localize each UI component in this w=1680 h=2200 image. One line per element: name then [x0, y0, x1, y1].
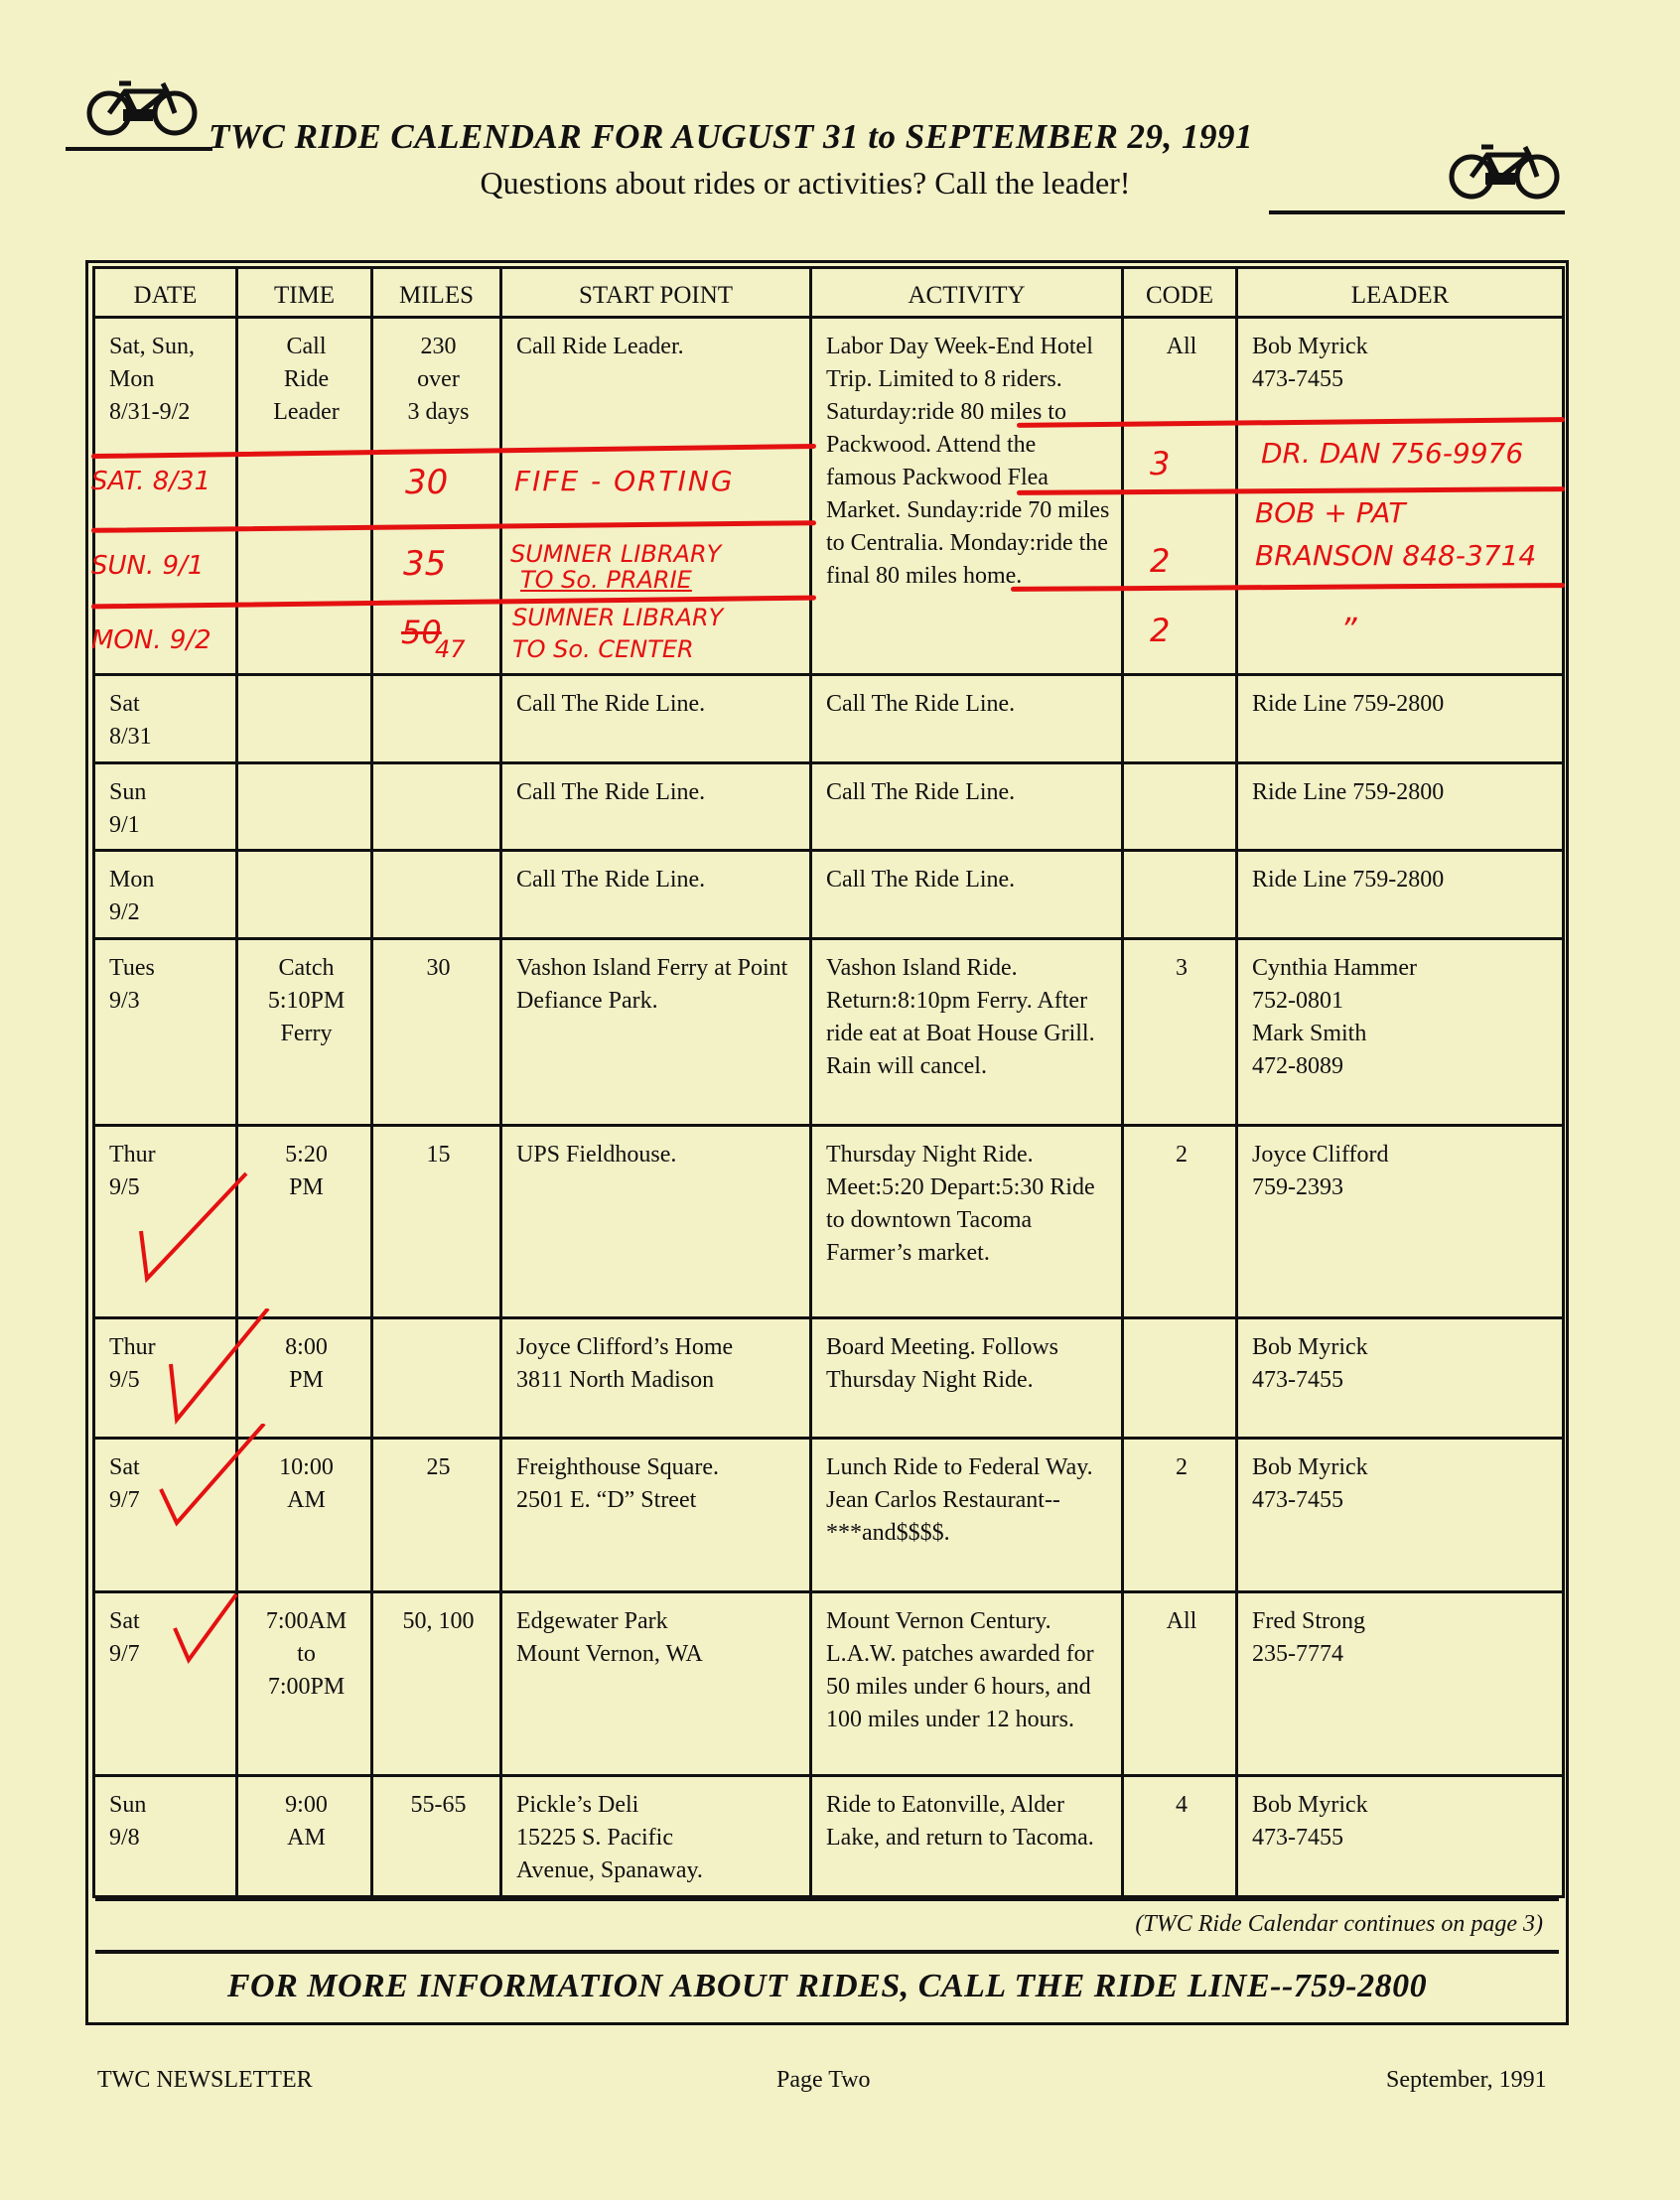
table-row: Tues 9/3Catch 5:10PM Ferry30Vashon Islan…	[94, 939, 1564, 1126]
continuation-note: (TWC Ride Calendar continues on page 3)	[1135, 1911, 1543, 1938]
table-row: Sat 8/31Call The Ride Line.Call The Ride…	[94, 675, 1564, 763]
cell-leader: Ride Line 759-2800	[1237, 675, 1564, 763]
column-header-time: TIME	[237, 268, 372, 318]
footer-page-number: Page Two	[776, 2067, 871, 2094]
cell-activity: Vashon Island Ride. Return:8:10pm Ferry.…	[811, 939, 1123, 1126]
cell-miles: 25	[372, 1439, 501, 1592]
cell-code	[1123, 851, 1237, 939]
handwritten-start: FIFE - ORTING	[514, 465, 735, 497]
handwritten-leader: BOB + PAT	[1255, 496, 1405, 529]
handwritten-date: SUN. 9/1	[91, 551, 204, 581]
table-row: Thur 9/58:00 PMJoyce Clifford’s Home 381…	[94, 1318, 1564, 1439]
column-header-miles: MILES	[372, 268, 501, 318]
page-subtitle: Questions about rides or activities? Cal…	[0, 165, 1680, 202]
handwritten-start: SUMNER LIBRARY	[512, 604, 723, 631]
handwritten-miles: 35	[403, 544, 446, 584]
handwritten-code: 2	[1150, 542, 1170, 580]
table-header-row: DATE TIME MILES START POINT ACTIVITY COD…	[94, 268, 1564, 318]
cell-activity: Call The Ride Line.	[811, 763, 1123, 851]
cell-time: 9:00 AM	[237, 1776, 372, 1897]
cell-code	[1123, 675, 1237, 763]
cell-activity: Labor Day Week-End Hotel Trip. Limited t…	[811, 318, 1123, 675]
cell-time: Call Ride Leader	[237, 318, 372, 675]
cell-leader: Cynthia Hammer 752-0801 Mark Smith 472-8…	[1237, 939, 1564, 1126]
cell-code: 2	[1123, 1126, 1237, 1318]
cell-code: All	[1123, 1592, 1237, 1776]
cell-leader: Ride Line 759-2800	[1237, 851, 1564, 939]
bicycle-icon	[85, 75, 201, 137]
cell-time	[237, 675, 372, 763]
cell-date: Tues 9/3	[94, 939, 237, 1126]
handwritten-miles: 30	[405, 463, 448, 502]
checkmark-icon	[165, 1592, 284, 1672]
handwritten-code: 3	[1150, 445, 1170, 482]
cell-miles: 30	[372, 939, 501, 1126]
page-title: TWC RIDE CALENDAR FOR AUGUST 31 to SEPTE…	[209, 117, 1440, 157]
cell-time	[237, 763, 372, 851]
cell-time: 5:20 PM	[237, 1126, 372, 1318]
cell-miles: 55-65	[372, 1776, 501, 1897]
cell-code: All	[1123, 318, 1237, 675]
handwritten-code: 2	[1150, 612, 1170, 649]
checkmark-icon	[159, 1308, 298, 1428]
cell-date: Mon 9/2	[94, 851, 237, 939]
cell-date: Sun 9/8	[94, 1776, 237, 1897]
handwritten-start: TO So. PRARIE	[520, 566, 692, 594]
cell-activity: Call The Ride Line.	[811, 851, 1123, 939]
bicycle-icon	[1448, 139, 1563, 201]
cell-start: UPS Fieldhouse.	[501, 1126, 811, 1318]
cell-start: Edgewater Park Mount Vernon, WA	[501, 1592, 811, 1776]
cell-activity: Mount Vernon Century. L.A.W. patches awa…	[811, 1592, 1123, 1776]
table-row: Mon 9/2Call The Ride Line.Call The Ride …	[94, 851, 1564, 939]
column-header-date: DATE	[94, 268, 237, 318]
column-header-leader: LEADER	[1237, 268, 1564, 318]
cell-leader: Bob Myrick 473-7455	[1237, 1439, 1564, 1592]
cell-miles: 15	[372, 1126, 501, 1318]
cell-start: Joyce Clifford’s Home 3811 North Madison	[501, 1318, 811, 1439]
cell-code: 2	[1123, 1439, 1237, 1592]
cell-miles	[372, 1318, 501, 1439]
title-underline-left	[66, 147, 212, 151]
column-header-code: CODE	[1123, 268, 1237, 318]
table-row: Sun 9/1Call The Ride Line.Call The Ride …	[94, 763, 1564, 851]
cell-code: 3	[1123, 939, 1237, 1126]
cell-time	[237, 851, 372, 939]
cell-activity: Thursday Night Ride. Meet:5:20 Depart:5:…	[811, 1126, 1123, 1318]
cell-start: Pickle’s Deli 15225 S. Pacific Avenue, S…	[501, 1776, 811, 1897]
cell-start: Call The Ride Line.	[501, 763, 811, 851]
ride-line-banner: FOR MORE INFORMATION ABOUT RIDES, CALL T…	[95, 1956, 1559, 2017]
handwritten-miles: 47	[435, 635, 466, 663]
cell-start: Call The Ride Line.	[501, 675, 811, 763]
cell-leader: Ride Line 759-2800	[1237, 763, 1564, 851]
checkmark-icon	[155, 1424, 294, 1533]
cell-date: Sun 9/1	[94, 763, 237, 851]
table-row: Sun 9/89:00 AM55-65Pickle’s Deli 15225 S…	[94, 1776, 1564, 1897]
cell-activity: Lunch Ride to Federal Way. Jean Carlos R…	[811, 1439, 1123, 1592]
cell-leader: Fred Strong 235-7774	[1237, 1592, 1564, 1776]
cell-activity: Ride to Eatonville, Alder Lake, and retu…	[811, 1776, 1123, 1897]
column-header-activity: ACTIVITY	[811, 268, 1123, 318]
cell-activity: Call The Ride Line.	[811, 675, 1123, 763]
cell-leader: Bob Myrick 473-7455	[1237, 1318, 1564, 1439]
table-row: Thur 9/55:20 PM15UPS Fieldhouse.Thursday…	[94, 1126, 1564, 1318]
handwritten-start: TO So. CENTER	[512, 635, 694, 663]
cell-time: Catch 5:10PM Ferry	[237, 939, 372, 1126]
handwritten-date: MON. 9/2	[91, 625, 211, 655]
footer-newsletter: TWC NEWSLETTER	[97, 2067, 313, 2094]
checkmark-icon	[117, 1169, 256, 1289]
cell-miles	[372, 675, 501, 763]
cell-activity: Board Meeting. Follows Thursday Night Ri…	[811, 1318, 1123, 1439]
cell-miles	[372, 851, 501, 939]
continuation-row: (TWC Ride Calendar continues on page 3)	[95, 1898, 1559, 1954]
cell-date: Sat 8/31	[94, 675, 237, 763]
handwritten-date: SAT. 8/31	[91, 467, 210, 496]
cell-code	[1123, 1318, 1237, 1439]
cell-start: Call The Ride Line.	[501, 851, 811, 939]
table-row: Sat 9/710:00 AM25Freighthouse Square. 25…	[94, 1439, 1564, 1592]
handwritten-leader: DR. DAN 756-9976	[1261, 437, 1523, 470]
cell-miles	[372, 763, 501, 851]
cell-leader: Bob Myrick 473-7455	[1237, 1776, 1564, 1897]
column-header-start-point: START POINT	[501, 268, 811, 318]
cell-miles: 50, 100	[372, 1592, 501, 1776]
cell-start: Vashon Island Ferry at Point Defiance Pa…	[501, 939, 811, 1126]
cell-leader: Joyce Clifford 759-2393	[1237, 1126, 1564, 1318]
handwritten-leader: BRANSON 848-3714	[1255, 539, 1536, 572]
footer-date: September, 1991	[1386, 2067, 1547, 2094]
table-row: Sat 9/77:00AM to 7:00PM50, 100Edgewater …	[94, 1592, 1564, 1776]
handwritten-start: SUMNER LIBRARY	[510, 540, 721, 568]
cell-start: Freighthouse Square. 2501 E. “D” Street	[501, 1439, 811, 1592]
cell-code	[1123, 763, 1237, 851]
cell-code: 4	[1123, 1776, 1237, 1897]
title-underline-right	[1269, 210, 1565, 214]
handwritten-leader: ”	[1340, 611, 1357, 648]
